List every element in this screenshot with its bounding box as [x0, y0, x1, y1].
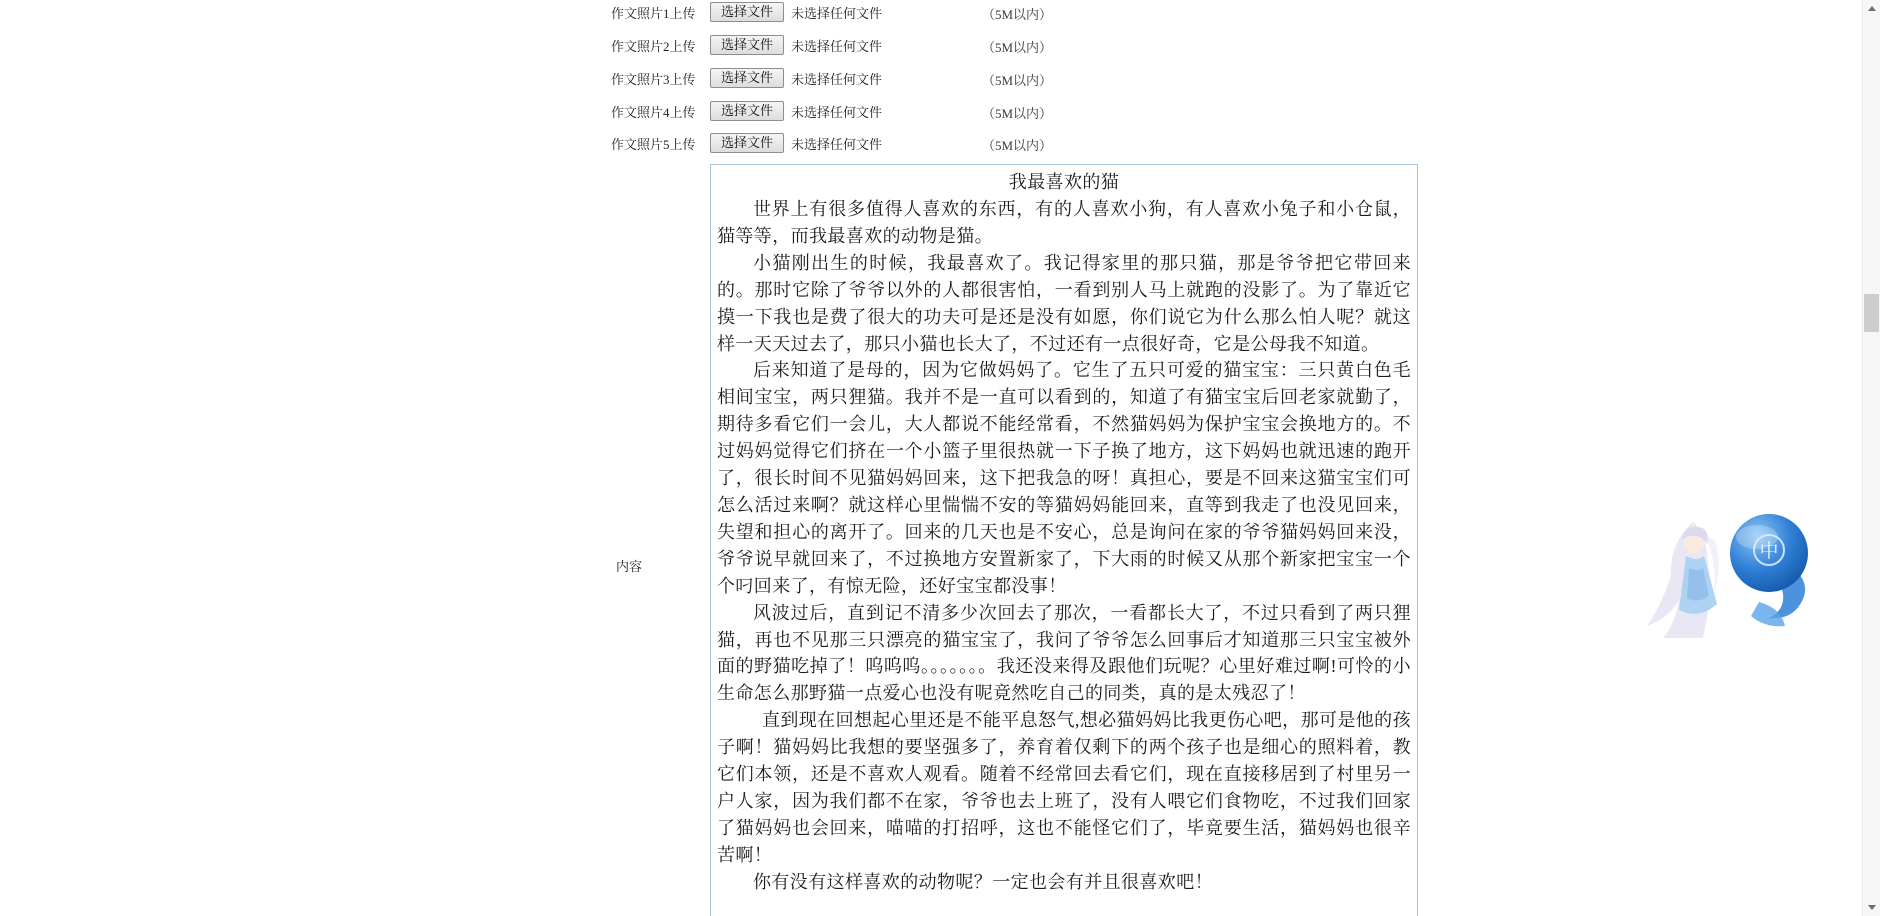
essay-title: 我最喜欢的猫 [717, 169, 1411, 196]
file-status-text: 未选择任何文件 [791, 134, 882, 153]
upload-row: 作文照片2上传 选择文件 未选择任何文件 （5M以内） [611, 33, 882, 57]
choose-file-button[interactable]: 选择文件 [710, 35, 784, 55]
content-field-label: 内容 [616, 556, 642, 575]
upload-label: 作文照片1上传 [611, 3, 710, 22]
upload-label: 作文照片2上传 [611, 36, 710, 55]
choose-file-button[interactable]: 选择文件 [710, 133, 784, 153]
upload-label: 作文照片4上传 [611, 102, 710, 121]
scrollbar-thumb[interactable] [1864, 294, 1879, 332]
scroll-up-icon [1868, 6, 1876, 11]
size-limit-hint: （5M以内） [982, 37, 1052, 56]
size-limit-hint: （5M以内） [982, 4, 1052, 23]
essay-paragraph: 你有没有这样喜欢的动物呢？一定也会有并且很喜欢吧！ [717, 869, 1411, 896]
upload-row: 作文照片3上传 选择文件 未选择任何文件 （5M以内） [611, 66, 882, 90]
upload-row: 作文照片5上传 选择文件 未选择任何文件 （5M以内） [611, 131, 882, 155]
choose-file-button[interactable]: 选择文件 [710, 2, 784, 22]
svg-text:中: 中 [1759, 540, 1778, 562]
upload-row: 作文照片1上传 选择文件 未选择任何文件 （5M以内） [611, 0, 882, 24]
scroll-down-button[interactable] [1863, 899, 1880, 916]
upload-label: 作文照片5上传 [611, 134, 710, 153]
essay-paragraph: 风波过后，直到记不清多少次回去了那次，一看都长大了，不过只看到了两只狸猫，再也不… [717, 600, 1411, 708]
vertical-scrollbar[interactable] [1862, 0, 1880, 916]
file-status-text: 未选择任何文件 [791, 102, 882, 121]
content-textarea[interactable]: 我最喜欢的猫 世界上有很多值得人喜欢的东西，有的人喜欢小狗，有人喜欢小兔子和小仓… [710, 164, 1418, 916]
page: 作文照片1上传 选择文件 未选择任何文件 （5M以内） 作文照片2上传 选择文件… [0, 0, 1880, 916]
anime-girl-mascot-icon: 中 [1641, 506, 1825, 638]
scroll-up-button[interactable] [1863, 0, 1880, 17]
size-limit-hint: （5M以内） [982, 70, 1052, 89]
upload-label: 作文照片3上传 [611, 69, 710, 88]
scroll-down-icon [1868, 905, 1876, 910]
essay-paragraph: 后来知道了是母的，因为它做妈妈了。它生了五只可爱的猫宝宝：三只黄白色毛相间宝宝，… [717, 357, 1411, 599]
essay-paragraph: 直到现在回想起心里还是不能平息怒气,想必猫妈妈比我更伤心吧，那可是他的孩子啊！猫… [717, 707, 1411, 868]
essay-paragraph: 世界上有很多值得人喜欢的东西，有的人喜欢小狗，有人喜欢小兔子和小仓鼠，猫等等，而… [717, 196, 1411, 250]
choose-file-button[interactable]: 选择文件 [710, 68, 784, 88]
file-status-text: 未选择任何文件 [791, 36, 882, 55]
essay-paragraph: 小猫刚出生的时候，我最喜欢了。我记得家里的那只猫，那是爷爷把它带回来的。那时它除… [717, 250, 1411, 358]
file-status-text: 未选择任何文件 [791, 3, 882, 22]
mascot-image[interactable]: 中 [1641, 506, 1825, 638]
size-limit-hint: （5M以内） [982, 103, 1052, 122]
upload-row: 作文照片4上传 选择文件 未选择任何文件 （5M以内） [611, 99, 882, 123]
file-status-text: 未选择任何文件 [791, 69, 882, 88]
choose-file-button[interactable]: 选择文件 [710, 101, 784, 121]
size-limit-hint: （5M以内） [982, 135, 1052, 154]
